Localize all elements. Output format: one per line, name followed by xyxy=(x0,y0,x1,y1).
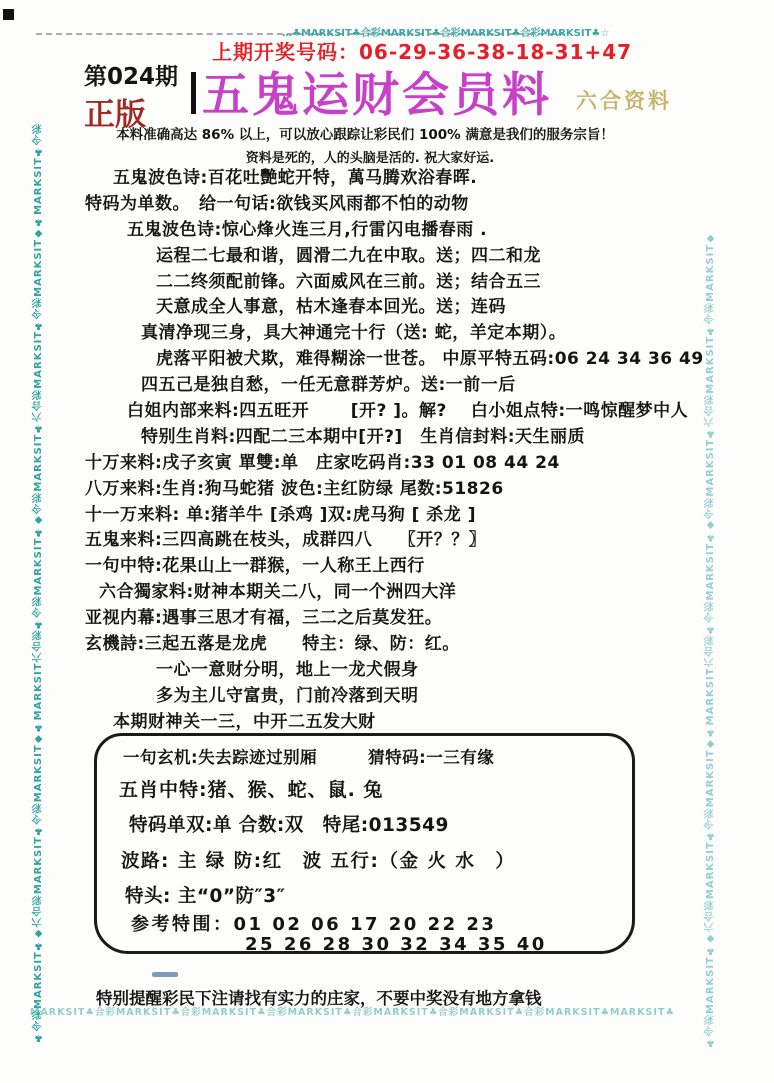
body-line: 四五己是独自愁，一任无意群芳炉。送:一前一后 xyxy=(85,370,725,396)
lottery-tip-sheet: …♣MARKSIT♣合彩MARKSIT♣合彩MARKSIT♣合彩MARKSIT♣… xyxy=(0,0,774,1083)
body-line: 五鬼波色诗:惊心烽火连三月,行雷闪电播春雨 . xyxy=(85,215,725,241)
corner-mark xyxy=(3,9,14,20)
box-line-wave-route: 波路: 主 绿 防:红 波 五行:（金 火 水 ） xyxy=(117,847,632,882)
accuracy-slogan: 本料准确高达 86% 以上，可以放心跟踪让彩民们 100% 满意是我们的服务宗旨… xyxy=(0,123,730,143)
issue-number: 第024期 xyxy=(84,58,178,91)
body-line: 玄機詩:三起五落是龙虎 特主：绿、防：红。 xyxy=(85,629,725,655)
title-subtitle: 六合资料 xyxy=(576,85,672,115)
body-line: 虎落平阳被犬欺，难得糊涂一世苍。 中原平特五码:06 24 34 36 49 xyxy=(85,344,725,370)
box-line-number-range: 25 26 28 30 32 34 35 40 xyxy=(117,934,632,958)
body-line: 五鬼来料:三四高跳在枝头，成群四八 〖开？？〗 xyxy=(85,525,725,551)
body-line: 本期财神关一三，中开二五发大财 xyxy=(85,707,725,733)
body-line: 一心一意财分明，地上一龙犬假身 xyxy=(85,655,725,681)
body-line: 多为主儿守富贵，门前冷落到天明 xyxy=(85,681,725,707)
body-line: 八万来料:生肖:狗马蛇猪 波色:主红防绿 尾数:51826 xyxy=(85,474,725,500)
box-line-special-head: 特头: 主“0”防″3″ xyxy=(117,882,632,910)
artifact-dash xyxy=(152,972,178,977)
title-accent-bar xyxy=(191,72,196,114)
body-line: 六合獨家料:财神本期关二八，同一个洲四大洋 xyxy=(85,577,725,603)
body-line: 十一万来料: 单:猪羊牛 [杀鸡 ]双:虎马狗 [ 杀龙 ] xyxy=(85,500,725,526)
prediction-box: 一句玄机:失去踪迹过别厢 猜特码:一三有缘 五肖中特:猪、猴、蛇、鼠. 兔 特码… xyxy=(94,733,635,954)
body-line: 亚视内幕:遇事三思才有福，三二之后莫发狂。 xyxy=(85,603,725,629)
body-line: 五鬼波色诗:百花吐艷蛇开特，萬马腾欢浴春晖. xyxy=(85,163,725,189)
page-title: 五鬼运财会员料 xyxy=(202,58,552,125)
body-line: 特别生肖料:四配二三本期中[开?] 生肖信封料:天生丽质 xyxy=(85,422,725,448)
box-line-mystery: 一句玄机:失去踪迹过别厢 猜特码:一三有缘 xyxy=(117,744,632,775)
warning-note: 特别提醒彩民下注请找有实力的庄家，不要中奖没有地方拿钱 xyxy=(96,985,542,1009)
body-line: 特码为单数。 给一句话:欲钱买风雨都不怕的动物 xyxy=(85,189,725,215)
body-line: 白姐内部来料:四五旺开 [开? ]。解? 白小姐点特:一鸣惊醒梦中人 xyxy=(85,396,725,422)
left-watermark: ♣令彩MARKSIT♣◆六合彩MARKSIT♣令彩MARKSIT◆♣MARKSI… xyxy=(31,78,47,1043)
body-line: 运程二七最和谐，圆滑二九在中取。送；四二和龙 xyxy=(85,241,725,267)
body-line: 二二终须配前锋。六面威风在三前。送；结合五三 xyxy=(85,267,725,293)
prediction-body: 五鬼波色诗:百花吐艷蛇开特，萬马腾欢浴春晖. 特码为单数。 给一句话:欲钱买风雨… xyxy=(85,163,725,733)
body-line: 真清净现三身，具大神通完十行（送: 蛇，羊定本期）。 xyxy=(85,318,725,344)
body-line: 十万来料:戌子亥寅 單雙:单 庄家吃码肖:33 01 08 44 24 xyxy=(85,448,725,474)
box-line-odd-even: 特码单双:单 合数:双 特尾:013549 xyxy=(117,811,632,847)
box-line-five-zodiac: 五肖中特:猪、猴、蛇、鼠. 兔 xyxy=(117,775,632,811)
box-line-number-range: 参考特围：01 02 06 17 20 22 23 xyxy=(117,910,632,934)
body-line: 天意成全人事意，枯木逢春本回光。送；连码 xyxy=(85,292,725,318)
body-line: 一句中特:花果山上一群猴，一人称王上西行 xyxy=(85,551,725,577)
